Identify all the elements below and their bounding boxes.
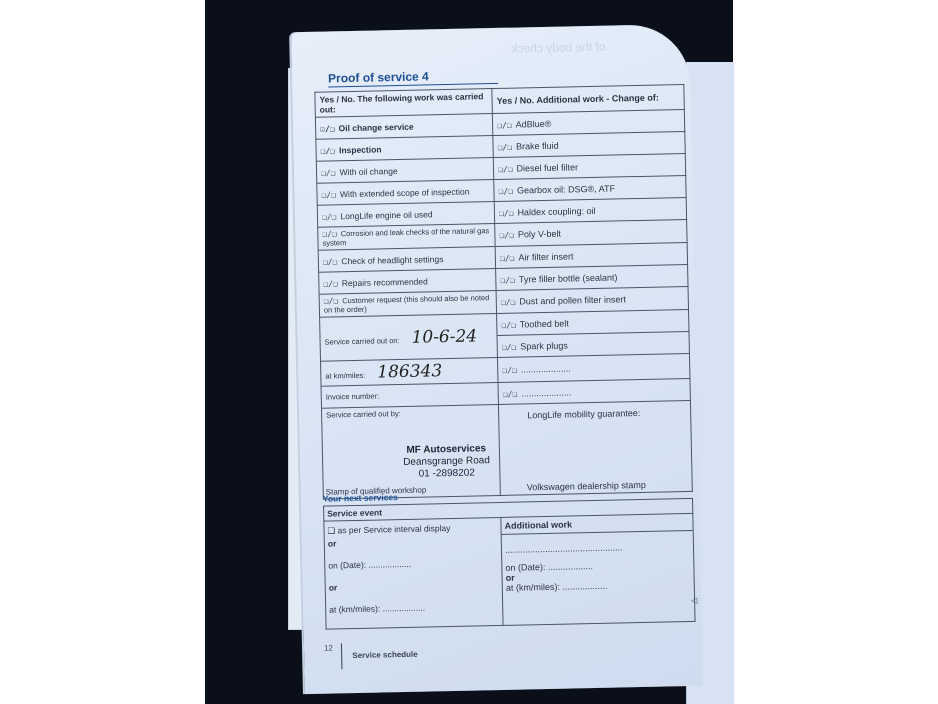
checkbox-icon[interactable]: ❑/❑ — [498, 142, 513, 151]
checkbox-icon[interactable]: ❑/❑ — [500, 275, 515, 284]
checkbox-icon[interactable]: ❑/❑ — [322, 212, 337, 221]
checkbox-icon[interactable]: ❑/❑ — [497, 120, 512, 129]
service-event-box[interactable]: ❑ as per Service interval display or on … — [324, 517, 503, 629]
checkbox-icon[interactable]: ❑/❑ — [323, 257, 338, 266]
mileage-field[interactable]: at km/miles:186343 — [321, 357, 499, 386]
section-name: Service schedule — [352, 650, 418, 660]
or-label: or — [329, 579, 499, 593]
service-date-field[interactable]: Service carried out on:10-6-24 — [320, 313, 498, 361]
workshop-phone: 01 -2898202 — [403, 467, 490, 481]
next-date-field[interactable]: on (Date): .................. — [328, 557, 498, 571]
checkbox-icon[interactable]: ❑/❑ — [323, 279, 338, 288]
checkbox-icon[interactable]: ❑/❑ — [499, 208, 514, 217]
dealer-stamp-label: Volkswagen dealership stamp — [527, 480, 646, 492]
bleed-through-text: of the body check — [511, 40, 605, 56]
left-column-header: Yes / No. The following work was carried… — [315, 89, 493, 118]
dealer-stamp-area: LongLife mobility guarantee: Volkswagen … — [499, 400, 693, 495]
service-table: Yes / No. The following work was carried… — [314, 84, 692, 500]
page-arrow-icon: ◁ — [691, 596, 697, 605]
checked-checkbox-icon[interactable]: ☑/❑ — [320, 124, 335, 133]
checkbox-icon[interactable]: ❑/❑ — [499, 231, 514, 240]
checkbox-icon[interactable]: ❑/❑ — [502, 342, 517, 351]
checkbox-icon[interactable]: ❑/❑ — [321, 190, 336, 199]
service-date-value: 10-6-24 — [411, 326, 477, 347]
page-number: 12 — [324, 643, 342, 669]
workshop-address: Deansgrange Road — [403, 455, 490, 469]
checkbox-icon[interactable]: ❑/❑ — [503, 389, 518, 398]
service-booklet-page: of the body check Proof of service 4 Yes… — [291, 24, 703, 694]
checkbox-icon[interactable]: ❑/❑ — [324, 296, 339, 305]
page-title: Proof of service 4 — [328, 68, 498, 88]
next-services-table: Service event ❑ as per Service interval … — [323, 498, 696, 630]
next-km-field[interactable]: at (km/miles): .................. — [329, 601, 499, 615]
or-label: or — [328, 535, 498, 549]
page-footer: 12 Service schedule — [324, 642, 418, 670]
workshop-stamp: MF Autoservices Deansgrange Road 01 -289… — [403, 443, 490, 481]
mileage-value: 186343 — [377, 361, 442, 382]
checkbox-icon[interactable]: ❑/❑ — [501, 298, 516, 307]
checkbox-icon[interactable]: ❑/❑ — [321, 146, 336, 155]
checkbox-icon[interactable]: ❑/❑ — [498, 186, 513, 195]
checkbox-icon[interactable]: ❑/❑ — [500, 253, 515, 262]
additional-work-dots[interactable]: ........................................… — [505, 541, 690, 555]
checkbox-icon[interactable]: ❑/❑ — [498, 164, 513, 173]
longlife-guarantee-label: LongLife mobility guarantee: — [527, 408, 640, 420]
checkbox-icon[interactable]: ❑/❑ — [501, 320, 516, 329]
checkbox-icon[interactable]: ❑/❑ — [502, 366, 517, 375]
carried-out-by-label: Service carried out by: — [326, 409, 401, 420]
additional-work-box[interactable]: Additional work ........................… — [501, 513, 695, 625]
next-services-title: Your next services — [323, 492, 398, 504]
interval-option[interactable]: ❑ as per Service interval display — [327, 522, 497, 537]
checkbox-icon[interactable]: ❑/❑ — [321, 168, 336, 177]
checkbox-icon[interactable]: ❑/❑ — [322, 229, 337, 238]
workshop-stamp-area: Service carried out by: MF Autoservices … — [321, 404, 500, 499]
